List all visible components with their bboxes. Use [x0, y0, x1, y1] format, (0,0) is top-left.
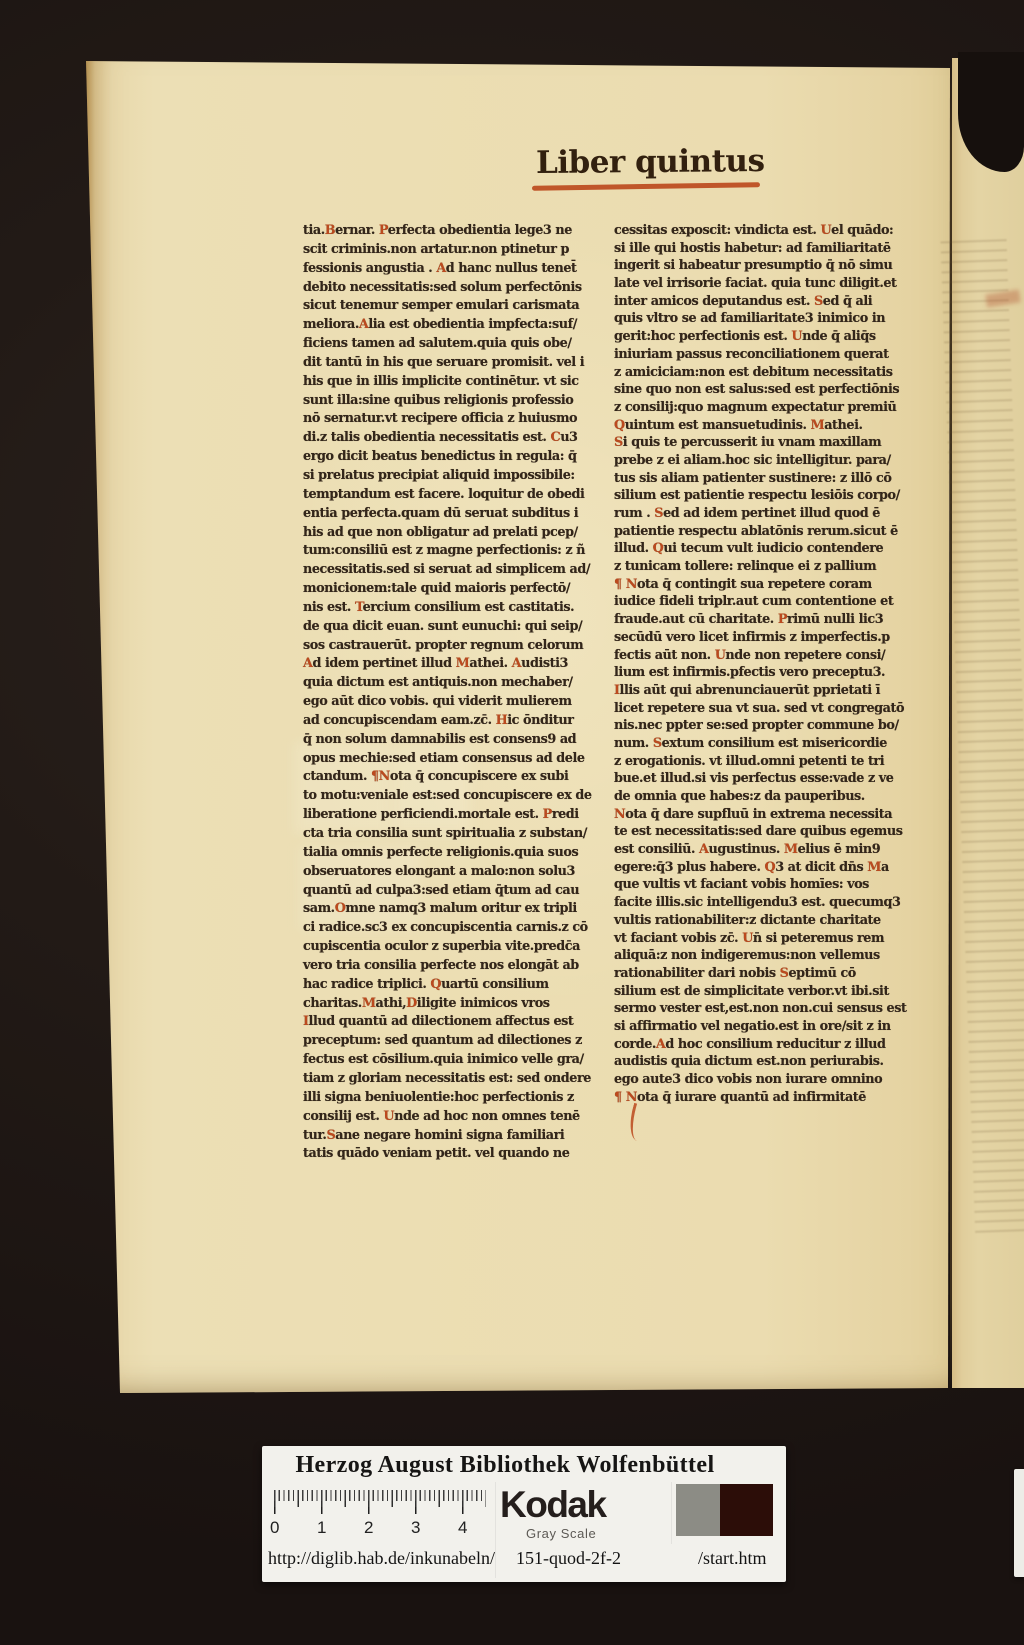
rubrication: P [778, 612, 787, 627]
text-line: debito necessitatis:sed solum perfectōni… [303, 279, 615, 298]
rubrication: M [784, 842, 798, 857]
text-line: ego aute3 dico vobis non iurare omnino [614, 1071, 926, 1089]
text-line: aliquā:z non indigeremus:non vellemus [614, 947, 926, 965]
text-line: corde.Ad hoc consilium reducitur z illud [614, 1036, 926, 1054]
rubrication: T [355, 600, 363, 615]
text-line: fectus est cōsilium.quia inimico velle g… [303, 1051, 615, 1070]
text-line: tur.Sane negare homini signa familiari [303, 1127, 615, 1146]
text-line: obseruatores elongant a malo:non solu3 [303, 863, 615, 882]
text-column-left: tia.Bernar. Perfecta obedientia lege3 ne… [303, 222, 615, 1164]
text-line: monicionem:tale quid maioris perfectō/ [303, 580, 615, 599]
text-line: Quintum est mansuetudinis. Mathei. [614, 417, 926, 435]
rubrication: U [715, 648, 726, 663]
text-line: opus mechie:sed etiam consensus ad dele [303, 750, 615, 769]
text-line: z amiciciam:non est debitum necessitatis [614, 364, 926, 382]
text-line: fessionis angustia . Ad hanc nullus tene… [303, 260, 615, 279]
text-column-right: cessitas exposcit: vindicta est. Uel quā… [614, 222, 926, 1106]
text-line: ingerit si habeatur presumptio q̄ nō sim… [614, 257, 926, 275]
text-line: scit criminis.non artatur.non ptinetur p [303, 241, 615, 260]
text-line: te est necessitatis:sed dare quibus egem… [614, 823, 926, 841]
rubrication: Q [653, 541, 664, 556]
text-line: patientie respectu ablatōnis rerum.sicut… [614, 523, 926, 541]
text-line: bue.et illud.si vis perfectus esse:vade … [614, 770, 926, 788]
rubrication: A [303, 656, 312, 671]
text-line: Si quis te percusserit iu vnam maxillam [614, 434, 926, 452]
rubrication: M [362, 996, 376, 1011]
rubrication: P [379, 223, 388, 238]
text-line: de qua dicit euan. sunt eunuchi: qui sei… [303, 618, 615, 637]
text-line: si prelatus precipiat aliquid impossibil… [303, 467, 615, 486]
text-line: sicut tenemur semper emulari carismata [303, 297, 615, 316]
text-line: facite illis.sic intelligendu3 est. quec… [614, 894, 926, 912]
text-line: vultis rationabiliter:z dictante charita… [614, 912, 926, 930]
rubrication: D [406, 996, 417, 1011]
rubrication: A [359, 317, 368, 332]
rubrication: A [656, 1037, 665, 1052]
text-line: tiam z gloriam necessitatis est: sed ond… [303, 1070, 615, 1089]
rubrication: U [791, 329, 802, 344]
text-line: charitas.Mathi,Diligite inimicos vros [303, 995, 615, 1014]
text-line: de omnia que habes:z da pauperibus. [614, 788, 926, 806]
rubrication: I [614, 683, 620, 698]
text-line: z erogationis. vt illud.omni petenti te … [614, 753, 926, 771]
text-line: preceptum: sed quantum ad dilectiones z [303, 1032, 615, 1051]
ruler-number: 0 [270, 1518, 279, 1538]
text-line: lium est infirmis.pfectis vero preceptu3… [614, 664, 926, 682]
library-name: Herzog August Bibliothek Wolfenbüttel [264, 1451, 746, 1479]
text-line: fectis aūt non. Unde non repetere consi/ [614, 647, 926, 665]
text-line: entia perfecta.quam dū seruat subditus i [303, 505, 615, 524]
rubrication: U [820, 223, 831, 238]
text-line: liberatione perficiendi.mortale est. Pre… [303, 806, 615, 825]
text-line: Nota q̄ dare supfluū in extrema necessit… [614, 806, 926, 824]
rubrication: A [699, 842, 708, 857]
text-line: ctandum. ¶Nota q̄ concupiscere ex subi [303, 768, 615, 787]
text-line: ci radice.sc3 ex concupiscentia carnis.z… [303, 919, 615, 938]
page-edge-line [76, 66, 110, 1382]
rubrication: N [614, 807, 625, 822]
rubrication: U [383, 1109, 394, 1124]
rubrication: U [742, 931, 753, 946]
text-line: illi signa beniuolentie:hoc perfectionis… [303, 1089, 615, 1108]
rubrication: N [379, 769, 390, 784]
rubrication: I [303, 1014, 309, 1029]
text-line: temptandum est facere. loquitur de obedi [303, 486, 615, 505]
text-line: que vultis vt faciant vobis homīes: vos [614, 876, 926, 894]
text-line: necessitatis.sed si seruat ad simplicem … [303, 561, 615, 580]
text-line: rum . Sed ad idem pertinet illud quod ē [614, 505, 926, 523]
text-line: consilij est. Unde ad hoc non omnes tenē [303, 1108, 615, 1127]
rubrication: O [335, 901, 346, 916]
text-line: sine quo non est salus:sed est perfectiō… [614, 381, 926, 399]
ruler-number: 2 [364, 1518, 373, 1538]
label-seam [495, 1482, 496, 1578]
rubrication: B [325, 223, 335, 238]
text-line: to motu:veniale est:sed concupiscere ex … [303, 787, 615, 806]
text-line: his ad que non obligatur ad prelati pcep… [303, 524, 615, 543]
text-line: dit tantū in his que seruare promisit. v… [303, 354, 615, 373]
text-line: di.z talis obedientia necessitatis est. … [303, 429, 615, 448]
text-line: cessitas exposcit: vindicta est. Uel quā… [614, 222, 926, 240]
text-line: secūdū vero licet infirmis z imperfectis… [614, 629, 926, 647]
page-title: Liber quintus [536, 143, 772, 181]
text-line: ¶ Nota q̄ iurare quantū ad infirmitatē [614, 1089, 926, 1107]
text-line: licet repetere sua vt sua. sed vt congre… [614, 700, 926, 718]
text-line: egere:q̄3 plus habere. Q3 at dicit dn̄s … [614, 859, 926, 877]
text-line: quia dictum est antiquis.non mechaber/ [303, 674, 615, 693]
text-line: cta tria consilia sunt spiritualia z sub… [303, 825, 615, 844]
start-file: /start.htm [698, 1547, 767, 1569]
text-line: iniuriam passus reconciliationem querat [614, 346, 926, 364]
rubrication: M [811, 418, 825, 433]
text-line: silium est de simplicitate verbor.vt ibi… [614, 983, 926, 1001]
text-line: gerit:hoc perfectionis est. Unde q̄ aliq… [614, 328, 926, 346]
page-edge-line [82, 66, 116, 1382]
text-line: prebe z ei aliam.hoc sic intelligitur. p… [614, 452, 926, 470]
text-line: sunt illa:sine quibus religionis profess… [303, 392, 615, 411]
text-line: nis est. Tercium consilium est castitati… [303, 599, 615, 618]
text-line: vt faciant vobis zc̄. Un̄ si peteremus r… [614, 930, 926, 948]
text-line: cupiscentia oculor z superbia vite.predc… [303, 938, 615, 957]
text-line: iudice fideli triplr.aut cum contentione… [614, 593, 926, 611]
rubrication: H [496, 713, 508, 728]
text-line: ergo dicit beatus benedictus in regula: … [303, 448, 615, 467]
text-line: ad concupiscendam eam.zc̄. Hic ōnditur [303, 712, 615, 731]
text-line: quantū ad culpa3:sed etiam q̄tum ad cau [303, 882, 615, 901]
text-line: q̄ non solum damnabilis est consens9 ad [303, 731, 615, 750]
rubrication: A [512, 656, 521, 671]
shelfmark: 151-quod-2f-2 [516, 1547, 621, 1569]
text-line: ego aūt dico vobis. qui viderit mulierem [303, 693, 615, 712]
text-line: si ille qui hostis habetur: ad familiari… [614, 240, 926, 258]
text-line: nō sernatur.vt recipere officia z huiusm… [303, 410, 615, 429]
text-line: tum:consiliū est z magne perfectionis: z… [303, 542, 615, 561]
text-line: hac radice triplici. Quartū consilium [303, 976, 615, 995]
text-line: si affirmatio vel negatio.est in ore/sit… [614, 1018, 926, 1036]
text-line: audistis quia dictum est.non periurabis. [614, 1053, 926, 1071]
text-line: vero tria consilia perfecte nos elongāt … [303, 957, 615, 976]
rubrication: S [780, 966, 789, 981]
rubrication: A [436, 261, 445, 276]
rubrication: P [543, 807, 552, 822]
text-line: tialia omnis perfecte religionis.quia su… [303, 844, 615, 863]
label-seam [671, 1482, 672, 1544]
text-line: quis vltro se ad familiaritate3 inimico … [614, 310, 926, 328]
rubrication: Q [765, 860, 776, 875]
text-line: Illis aūt qui abrenunciauerūt pprietati … [614, 682, 926, 700]
rubrication: S [326, 1128, 335, 1143]
rubrication: M [456, 656, 470, 671]
text-line: est consiliū. Augustinus. Melius ē min9 [614, 841, 926, 859]
rubrication: S [614, 435, 623, 450]
rubrication: C [550, 430, 560, 445]
text-line: silium est patientie respectu lesiōis co… [614, 487, 926, 505]
gray-scale-patch-dark [720, 1484, 773, 1536]
text-line: z tunicam tollere: relinque ei z pallium [614, 558, 926, 576]
diglib-url: http://diglib.hab.de/inkunabeln/ [268, 1547, 495, 1569]
text-line: illud. Qui tecum vult iudicio contendere [614, 540, 926, 558]
gray-scale-caption: Gray Scale [526, 1526, 596, 1541]
library-label: Herzog August Bibliothek Wolfenbüttel 0 … [262, 1446, 786, 1582]
rubrication: S [654, 506, 663, 521]
rubrication: ¶ [371, 769, 379, 784]
rubrication: N [626, 577, 637, 592]
text-line: Illud quantū ad dilectionem affectus est [303, 1013, 615, 1032]
cm-ruler: 0 1 2 3 4 [274, 1490, 492, 1542]
text-line: late vel irrisorie faciat. quia tunc dil… [614, 275, 926, 293]
text-line: fraude.aut cū charitate. Primū nulli lic… [614, 611, 926, 629]
text-line: nis.nec ppter se:sed propter commune bo/ [614, 717, 926, 735]
text-line: meliora.Alia est obedientia impfecta:suf… [303, 316, 615, 335]
text-line: sam.Omne namq3 malum oritur ex tripli [303, 900, 615, 919]
ruler-number: 4 [458, 1518, 467, 1538]
text-line: tus sis aliam patienter sustinere: z ill… [614, 470, 926, 488]
label-sliver [1014, 1469, 1024, 1577]
text-line: tia.Bernar. Perfecta obedientia lege3 ne [303, 222, 615, 241]
text-line: rationabiliter dari nobis Septimū cō [614, 965, 926, 983]
photo-stage: Liber quintus tia.Bernar. Perfecta obedi… [0, 0, 1024, 1645]
text-line: sermo vester est,est.non non.cui sensus … [614, 1000, 926, 1018]
text-line: z consilij:quo magnum expectatur premiū [614, 399, 926, 417]
gray-scale-patch-gray [676, 1484, 720, 1536]
rubrication: Q [614, 418, 625, 433]
kodak-brand: Kodak [500, 1486, 606, 1524]
rubrication: Q [430, 977, 441, 992]
text-line: ficiens tamen ad salutem.quia quis obe/ [303, 335, 615, 354]
text-line: inter amicos deputandus est. Sed q̄ ali [614, 293, 926, 311]
ruler-mm-ticks [274, 1490, 486, 1501]
ruler-number: 1 [317, 1518, 326, 1538]
text-line: sos castrauerūt. propter regnum celorum [303, 637, 615, 656]
rubrication: M [867, 860, 881, 875]
rubrication: S [653, 736, 662, 751]
text-line: his que in illis implicite continētur. v… [303, 373, 615, 392]
rubrication: ¶ [614, 577, 622, 592]
ruler-number: 3 [411, 1518, 420, 1538]
rubrication: ¶ [614, 1090, 622, 1105]
text-line: tatis quādo veniam petit. vel quando ne [303, 1145, 615, 1164]
rubrication: S [814, 294, 823, 309]
text-line: Ad idem pertinet illud Mathei. Audisti3 [303, 655, 615, 674]
text-line: ¶ Nota q̄ contingit sua repetere coram [614, 576, 926, 594]
text-line: num. Sextum consilium est misericordie [614, 735, 926, 753]
